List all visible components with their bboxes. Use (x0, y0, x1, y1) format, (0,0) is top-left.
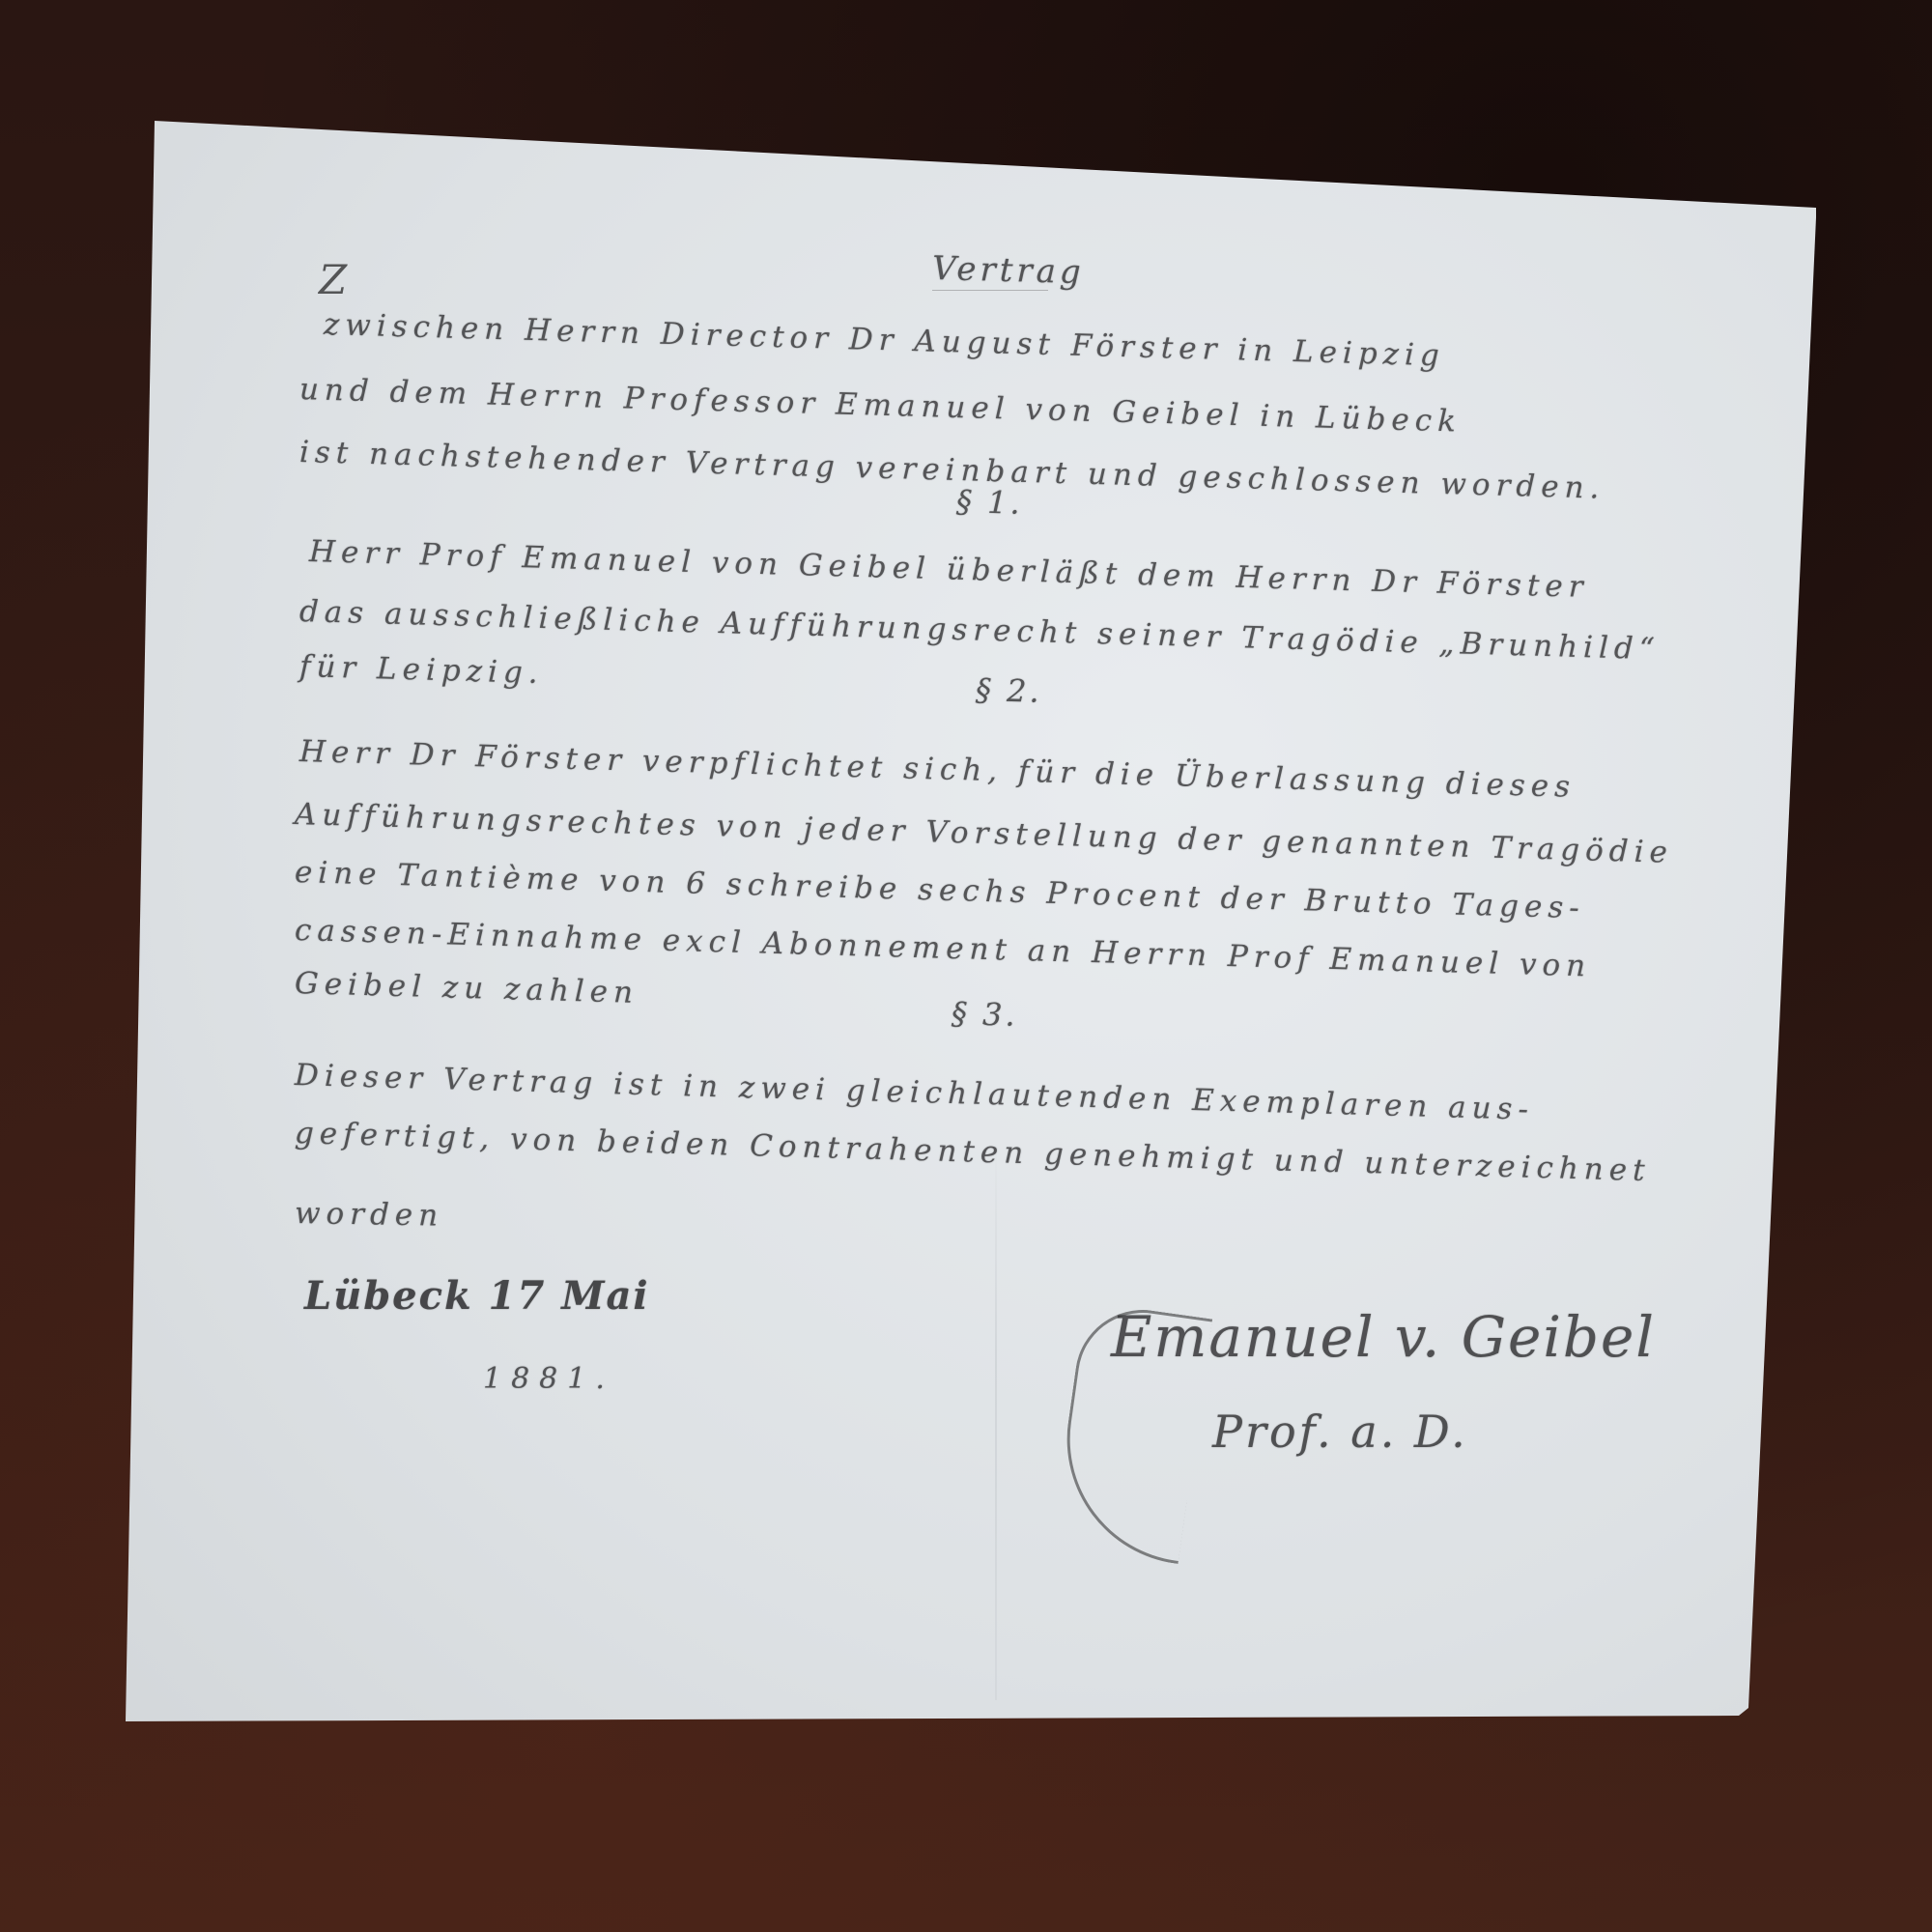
section-3-heading: § 3. (952, 995, 1019, 1034)
title-underline (932, 290, 1048, 291)
paper-fold-crease (995, 1140, 997, 1700)
signature-name: Emanuel v. Geibel (1111, 1304, 1656, 1370)
document-title: Vertrag (931, 249, 1085, 292)
place-date: Lübeck 17 Mai (304, 1273, 650, 1319)
section-1-line-3: für Leipzig. (298, 649, 544, 691)
section-2-heading: § 2. (976, 671, 1043, 710)
margin-mark: Z (319, 256, 347, 303)
section-1-heading: § 1. (956, 483, 1024, 522)
signature-title: Prof. a. D. (1212, 1406, 1468, 1458)
date-year: 1881. (483, 1362, 614, 1396)
section-3-line-3: worden (295, 1196, 444, 1234)
